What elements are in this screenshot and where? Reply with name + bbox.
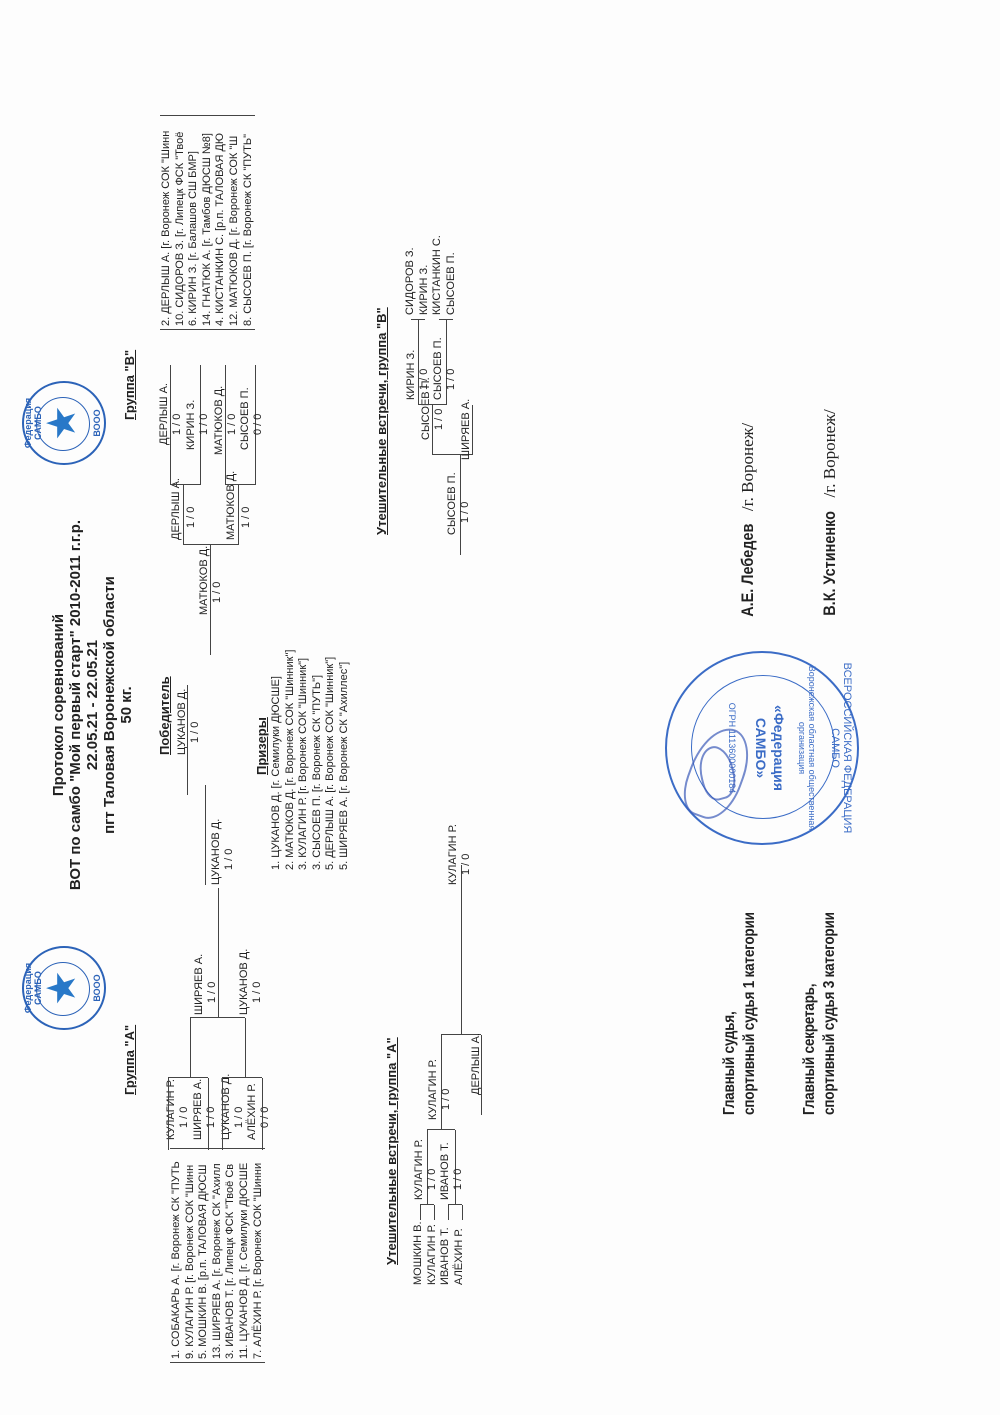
- group-b-entry: 6. КИРИН З. [г. Балашов СШ БМР]: [187, 116, 201, 326]
- group-a-semifinal-1: ШИРЯЕВ А.: [193, 954, 206, 1015]
- bout-score: 0 / 0: [252, 414, 265, 435]
- group-b-entry: 10. СИДОРОВ З. [г. Липецк ФСК "Твоё: [174, 116, 188, 326]
- consolation-b-entry: КИСТАНКИН С.: [431, 235, 445, 315]
- bout-winner: АЛЁХИН Р.: [246, 1083, 258, 1140]
- bout-score: 1 / 0: [211, 582, 224, 603]
- consolation-a-entry: МОШКИН В.: [412, 1221, 426, 1285]
- chief-judge-name: А.Е. Лебедев /г. Воронеж/: [738, 423, 758, 625]
- bout-score: 1 / 0: [171, 414, 184, 435]
- group-b-semifinal-2: МАТЮКОВ Д.: [225, 471, 238, 540]
- group-a-semifinal-2: ЦУКАНОВ Д.: [238, 949, 251, 1015]
- chief-judge-role: Главный судья, спортивный судья 1 катего…: [720, 912, 760, 1115]
- consolation-a-entry: ИВАНОВ Т.: [439, 1221, 453, 1285]
- prizewinner-item: 2. МАТЮКОВ Д. [г. Воронеж СОК "Шинник"]: [284, 650, 298, 870]
- group-a-entries: 1. СОБАКАРЬ А. [г. Воронеж СК "ПУТЬ 9. К…: [170, 1148, 265, 1363]
- consolation-a-title: Утешительные встречи, группа "А": [385, 1037, 398, 1265]
- consolation-b-entries: СИДОРОВ З. КИРИН З. КИСТАНКИН С. СЫСОЕВ …: [404, 235, 458, 315]
- chief-secretary-name: В.К. Устиненко /г. Воронеж/: [820, 409, 840, 625]
- group-a-entry: 7. АЛЁХИН Р. [г. Воронеж СОК "Шинни: [252, 1149, 266, 1359]
- group-a-entry: 5. МОШКИН В. [р.п. ТАЛОВАЯ ДЮСШ: [197, 1149, 211, 1359]
- bout-score: 1 / 0: [233, 1107, 246, 1128]
- group-a-title: Группа "А": [123, 1025, 136, 1095]
- group-b-title: Группа "В": [123, 350, 136, 420]
- consolation-a-entry: АЛЁХИН Р.: [453, 1221, 467, 1285]
- federation-stamp: ВСЕРОССИЙСКАЯ ФЕДЕРАЦИЯ САМБО Воронежска…: [665, 651, 859, 845]
- bout-score: 1 / 0: [433, 409, 446, 430]
- bout-score: 1 / 0: [459, 502, 472, 523]
- bout-winner: КУЛАГИН Р.: [413, 1139, 426, 1200]
- bout-score: 1 / 0: [178, 1107, 191, 1128]
- consolation-b-entry: КИРИН З.: [418, 235, 432, 315]
- bout-winner: КУЛАГИН Р.: [165, 1079, 177, 1140]
- bout-score: 0 / 0: [259, 1107, 272, 1128]
- consolation-b-title: Утешительные встречи, группа "В": [375, 307, 388, 535]
- prizewinners-list: 1. ЦУКАНОВ Д. [г. Семилуки ДЮСШЕ] 2. МАТ…: [270, 650, 352, 870]
- prizewinner-item: 5. ШИРЯЕВ А. [г. Воронеж СК "Ахиллес"]: [338, 650, 352, 870]
- consolation-a-entry: КУЛАГИН Р.: [426, 1221, 440, 1285]
- bout-score: 1 / 0: [226, 414, 239, 435]
- consolation-b-entry: СИДОРОВ З.: [404, 235, 418, 315]
- bout-score: 1 / 0: [426, 1169, 439, 1190]
- bout-score: 1 / 0: [452, 1169, 465, 1190]
- star-icon: ★: [36, 383, 88, 463]
- group-b-entry: 4. КИСТАНКИН С. [р.п. ТАЛОВАЯ ДЮ: [214, 116, 228, 326]
- group-b-entries: 2. ДЕРЛЫШ А. [г. Воронеж СОК "Шинн 10. С…: [160, 115, 255, 330]
- group-b-semifinal-1: ДЕРЛЫШ А.: [170, 478, 183, 540]
- group-b-entry: 2. ДЕРЛЫШ А. [г. Воронеж СОК "Шинн: [160, 116, 174, 326]
- bout-score: 1 / 0: [205, 1107, 218, 1128]
- consolation-a-entries: МОШКИН В. КУЛАГИН Р. ИВАНОВ Т. АЛЁХИН Р.: [412, 1221, 466, 1285]
- bout-score: 1 / 0: [251, 982, 264, 1003]
- consolation-b-final-winner: СЫСОЕВ П.: [446, 472, 459, 535]
- bout-score: 1 / 0: [440, 1089, 453, 1110]
- bout-winner: СЫСОЕВ П.: [432, 337, 445, 400]
- group-a-entry: 11. ЦУКАНОВ Д. [г. Семилуки ДЮСШЕ: [238, 1149, 252, 1359]
- consolation-b-entry: СЫСОЕВ П.: [445, 235, 459, 315]
- bout-winner: ДЕРЛЫШ А.: [158, 383, 171, 445]
- chief-secretary-role: Главный секретарь, спортивный судья 3 ка…: [800, 912, 840, 1115]
- sambo-federation-logo-right: Федерация САМБО ★ ВООО: [22, 381, 106, 465]
- consolation-b-opponent: ШИРЯЕВ А.: [460, 399, 473, 460]
- winner-score: 1 / 0: [189, 722, 202, 743]
- bout-score: 1 / 0: [223, 849, 236, 870]
- group-a-entry: 13. ШИРЯЕВ А. [г. Воронеж СК "Ахилл: [211, 1149, 225, 1359]
- bout-winner: ШИРЯЕВ А.: [192, 1079, 204, 1140]
- bout-winner: СЫСОЕВ П.: [239, 387, 252, 450]
- group-a-final-winner: ЦУКАНОВ Д.: [210, 819, 223, 885]
- bout-score: 1 / 0: [198, 414, 211, 435]
- bout-winner: КИРИН З.: [405, 350, 418, 400]
- header-dates: 22.05.21 - 22.05.21: [84, 495, 101, 915]
- bout-score: 1 / 0: [240, 507, 253, 528]
- group-b-entry: 12. МАТЮКОВ Д. [г. Воронеж СОК "Ш: [228, 116, 242, 326]
- star-icon: ★: [36, 948, 88, 1028]
- bout-winner: КИРИН З.: [185, 400, 198, 450]
- group-a-entry: 1. СОБАКАРЬ А. [г. Воронеж СК "ПУТЬ: [170, 1149, 184, 1359]
- prizewinner-item: 3. КУЛАГИН Р. [г. Воронеж СОК "Шинник"]: [297, 650, 311, 870]
- header-event: ВОТ по самбо "Мой первый старт" 2010-201…: [67, 495, 84, 915]
- prizewinners-title: Призеры: [255, 717, 268, 775]
- bout-winner: МАТЮКОВ Д.: [213, 386, 226, 455]
- group-b-final-winner: МАТЮКОВ Д.: [198, 546, 211, 615]
- bout-score: 1 / 0: [460, 854, 473, 875]
- prizewinner-item: 3. СЫСОЕВ П. [г. Воронеж СК "ПУТЬ"]: [311, 650, 325, 870]
- header-title: Протокол соревнований: [50, 495, 67, 915]
- bout-winner: ИВАНОВ Т.: [439, 1142, 452, 1200]
- bout-score: 1 / 0: [418, 369, 431, 390]
- bout-score: 1 / 0: [445, 369, 458, 390]
- group-b-entry: 8. СЫСОЕВ П. [г. Воронеж СК "ПУТЬ": [242, 116, 256, 326]
- bout-score: 1 / 0: [185, 507, 198, 528]
- competition-protocol-page: Федерация САМБО ★ ВООО Федерация САМБО ★…: [0, 0, 1000, 1415]
- protocol-header: Протокол соревнований ВОТ по самбо "Мой …: [50, 495, 135, 915]
- winner-title: Победитель: [158, 676, 171, 755]
- header-weight: 50 кг.: [118, 495, 135, 915]
- prizewinner-item: 5. ДЕРЛЫШ А. [г. Воронеж СОК "Шинник"]: [324, 650, 338, 870]
- bout-winner: КУЛАГИН Р.: [427, 1059, 440, 1120]
- sambo-federation-logo-left: Федерация САМБО ★ ВООО: [22, 946, 106, 1030]
- group-b-entry: 14. ГНАТЮК А. [г. Тамбов ДЮСШ №8]: [201, 116, 215, 326]
- group-a-entry: 3. ИВАНОВ Т. [г. Липецк ФСК "Твоё Св: [224, 1149, 238, 1359]
- header-location: пгт Таловая Воронежской области: [101, 495, 118, 915]
- prizewinner-item: 1. ЦУКАНОВ Д. [г. Семилуки ДЮСШЕ]: [270, 650, 284, 870]
- consolation-a-final-winner: КУЛАГИН Р.: [447, 824, 460, 885]
- group-a-entry: 9. КУЛАГИН Р. [г. Воронеж СОК "Шинн: [184, 1149, 198, 1359]
